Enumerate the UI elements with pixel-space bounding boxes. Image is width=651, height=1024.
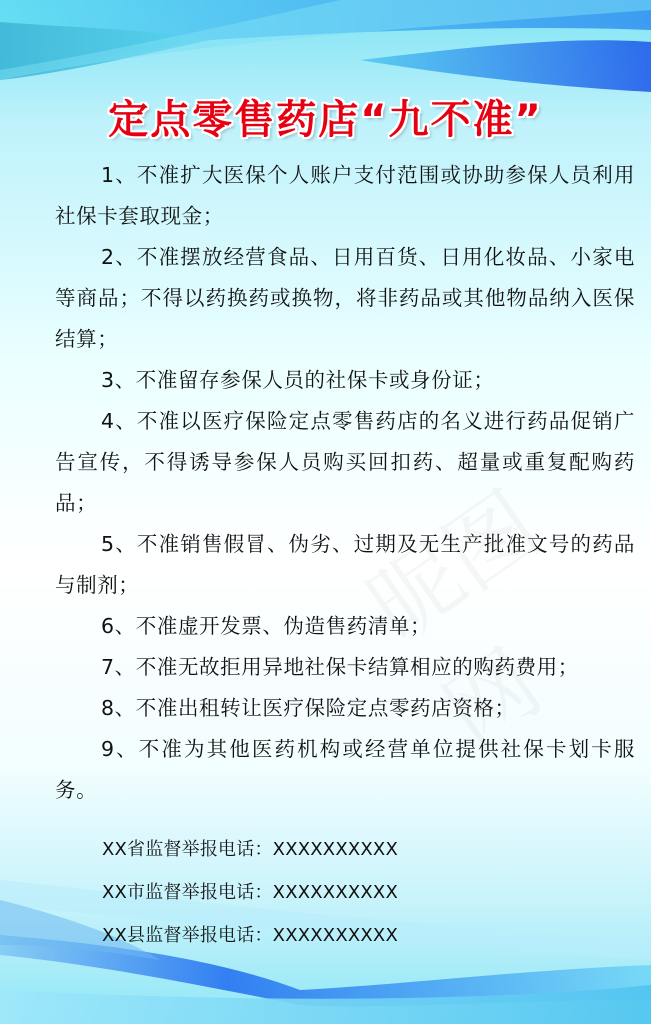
contact-phone: XXXXXXXXXX — [273, 839, 398, 860]
rule-item-9: 9、不准为其他医药机构或经营单位提供社保卡划卡服务。 — [55, 729, 635, 811]
contact-label: XX市监督举报电话： — [102, 882, 273, 903]
rule-item-4: 4、不准以医疗保险定点零售药店的名义进行药品促销广告宣传，不得诱导参保人员购买回… — [55, 401, 635, 524]
contact-city: XX市监督举报电话：XXXXXXXXXX — [102, 871, 398, 914]
contact-phone: XXXXXXXXXX — [273, 925, 398, 946]
contact-county: XX县监督举报电话：XXXXXXXXXX — [102, 914, 398, 957]
rules-list: 1、不准扩大医保个人账户支付范围或协助参保人员利用社保卡套取现金； 2、不准摆放… — [55, 155, 635, 811]
contact-label: XX省监督举报电话： — [102, 839, 273, 860]
contact-label: XX县监督举报电话： — [102, 925, 273, 946]
rule-item-7: 7、不准无故拒用异地社保卡结算相应的购药费用； — [55, 647, 635, 688]
rule-item-2: 2、不准摆放经营食品、日用百货、日用化妆品、小家电等商品；不得以药换药或换物，将… — [55, 237, 635, 360]
rule-item-6: 6、不准虚开发票、伪造售药清单； — [55, 606, 635, 647]
rule-item-3: 3、不准留存参保人员的社保卡或身份证； — [55, 360, 635, 401]
rule-item-1: 1、不准扩大医保个人账户支付范围或协助参保人员利用社保卡套取现金； — [55, 155, 635, 237]
contact-province: XX省监督举报电话：XXXXXXXXXX — [102, 828, 398, 871]
rule-item-5: 5、不准销售假冒、伪劣、过期及无生产批准文号的药品与制剂； — [55, 524, 635, 606]
contact-phone: XXXXXXXXXX — [273, 882, 398, 903]
page-title: 定点零售药店“九不准” — [0, 88, 651, 145]
rule-item-8: 8、不准出租转让医疗保险定点零药店资格； — [55, 688, 635, 729]
report-contacts: XX省监督举报电话：XXXXXXXXXX XX市监督举报电话：XXXXXXXXX… — [102, 828, 398, 957]
poster: 昵图网 定点零售药店“九不准” 1、不准扩大医保个人账户支付范围或协助参保人员利… — [0, 0, 651, 1024]
